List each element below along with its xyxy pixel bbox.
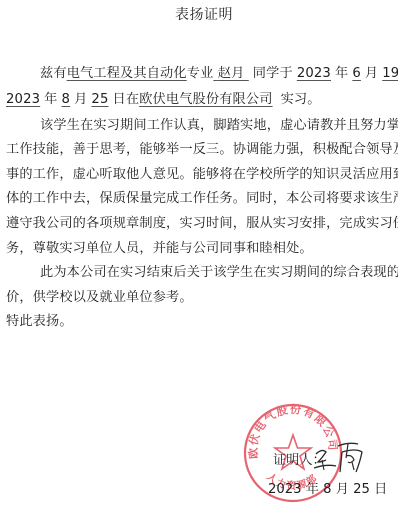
document-page: 表扬证明 兹有电气工程及其自动化专业 赵月 同学于2023年6月19日至 202… (0, 0, 398, 506)
company-field: 欧伏电气股份有限公司 (139, 92, 272, 107)
intro-line-2: 2023年8月25日在欧伏电气股份有限公司实习。 (6, 91, 398, 109)
year-label: 年 (44, 92, 57, 107)
end-year-field: 2023 (6, 92, 40, 107)
end-day-field: 25 (91, 92, 108, 107)
body-line: 体的工作中去，保质保量完成工作任务。同时，本公司将要求该生严格 (6, 190, 398, 208)
text-suffix: 实习。 (281, 92, 321, 107)
start-day-field: 19 (382, 66, 398, 81)
text-prefix: 兹有 (40, 66, 67, 81)
body-line: 事的工作，虚心听取他人意见。能够将在学校所学的知识灵活应用到具 (6, 166, 398, 184)
body-line: 此为本公司在实习结束后关于该学生在实习期间的综合表现的评 (40, 264, 398, 282)
start-month-field: 6 (352, 66, 361, 81)
intro-line-1: 兹有电气工程及其自动化专业 赵月 同学于2023年6月19日至 (40, 65, 398, 83)
sign-date: 2023 年 8 月 25 日 (268, 481, 387, 499)
major-field: 电气工程及其自动化 (67, 66, 187, 81)
student-name-field: 赵月 (213, 66, 248, 81)
body-line: 遵守我公司的各项规章制度，实习时间，服从实习安排，完成实习任 (6, 215, 398, 233)
closing-text: 特此表扬。 (6, 313, 398, 331)
start-year-field: 2023 (297, 66, 331, 81)
handwritten-signature-icon (312, 440, 374, 476)
year-label: 年 (335, 66, 348, 81)
text-after-name: 同学于 (253, 66, 293, 81)
end-month-field: 8 (62, 92, 71, 107)
body-line: 该学生在实习期间工作认真，脚踏实地，虚心请教并且努力掌握 (40, 117, 398, 135)
month-label: 月 (74, 92, 87, 107)
day-label: 日在 (113, 92, 140, 107)
month-label: 月 (365, 66, 378, 81)
body-line: 价，供学校以及就业单位参考。 (6, 289, 398, 307)
body-line: 工作技能，善于思考，能够举一反三。协调能力强，积极配合领导及同 (6, 141, 398, 159)
document-title: 表扬证明 (0, 6, 398, 24)
text-major-suffix: 专业 (187, 66, 214, 81)
body-line: 务，尊敬实习单位人员，并能与公司同事和睦相处。 (6, 240, 398, 258)
